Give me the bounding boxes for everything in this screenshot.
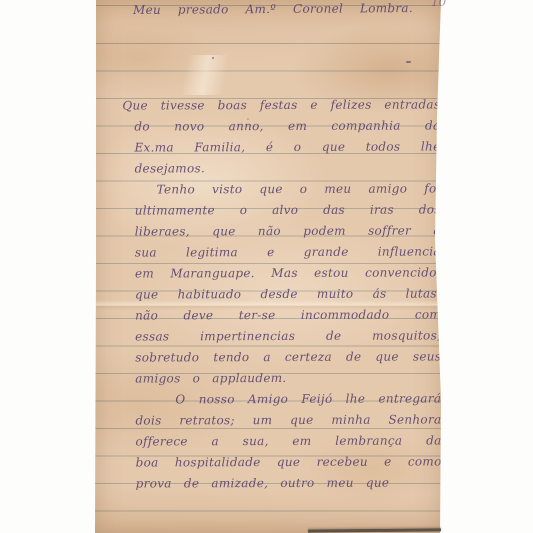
handwriting-line: Ex.ma Familia, é o que todos lhe (134, 136, 440, 158)
letter-scan: Meu presado Am.º Coronel Lombra. Que tiv… (0, 0, 533, 533)
handwriting-line: prova de amizade, outro meu que (136, 472, 442, 494)
handwriting-line: liberaes, que não podem soffrer a (135, 220, 441, 242)
handwriting-line: não deve ter-se incommodado com (135, 304, 441, 326)
handwriting-line: boa hospitalidade que recebeu e como (136, 451, 442, 473)
paper-crease-diagonal (105, 55, 305, 95)
handwriting-line: desejamos. (135, 157, 441, 179)
handwriting-line: Que tivesse boas festas e felizes entrad… (134, 94, 440, 116)
letter-salutation: Meu presado Am.º Coronel Lombra. (133, 0, 413, 21)
handwriting-line: do novo anno, em companhia da (134, 115, 440, 137)
handwriting-line: que habituado desde muito ás lutas, (135, 283, 441, 305)
ink-speck (212, 57, 214, 59)
handwriting-line: amigos o applaudem. (135, 367, 441, 389)
handwriting-line: ultimamente o alvo das iras dos (135, 199, 441, 221)
handwriting-line: O nosso Amigo Feijó lhe entregará (135, 388, 441, 410)
handwriting-line: sobretudo tendo a certeza de que seus (135, 346, 441, 368)
letter-body: Que tivesse boas festas e felizes entrad… (134, 94, 441, 494)
ink-speck (406, 61, 411, 63)
handwriting-line: sua legitima e grande influencia (135, 241, 441, 263)
letter-paper: Meu presado Am.º Coronel Lombra. Que tiv… (95, 0, 441, 533)
page-number: 10 (431, 0, 446, 9)
handwriting-line: essas impertinencias de mosquitos, (135, 325, 441, 347)
handwriting-line: offerece a sua, em lembrança da (135, 430, 441, 452)
handwriting-line: em Maranguape. Mas estou convencido, (135, 262, 441, 284)
ink-speck (247, 118, 249, 120)
handwriting-line: dois retratos; um que minha Senhora (135, 409, 441, 431)
handwriting-line: Tenho visto que o meu amigo foi (135, 178, 441, 200)
